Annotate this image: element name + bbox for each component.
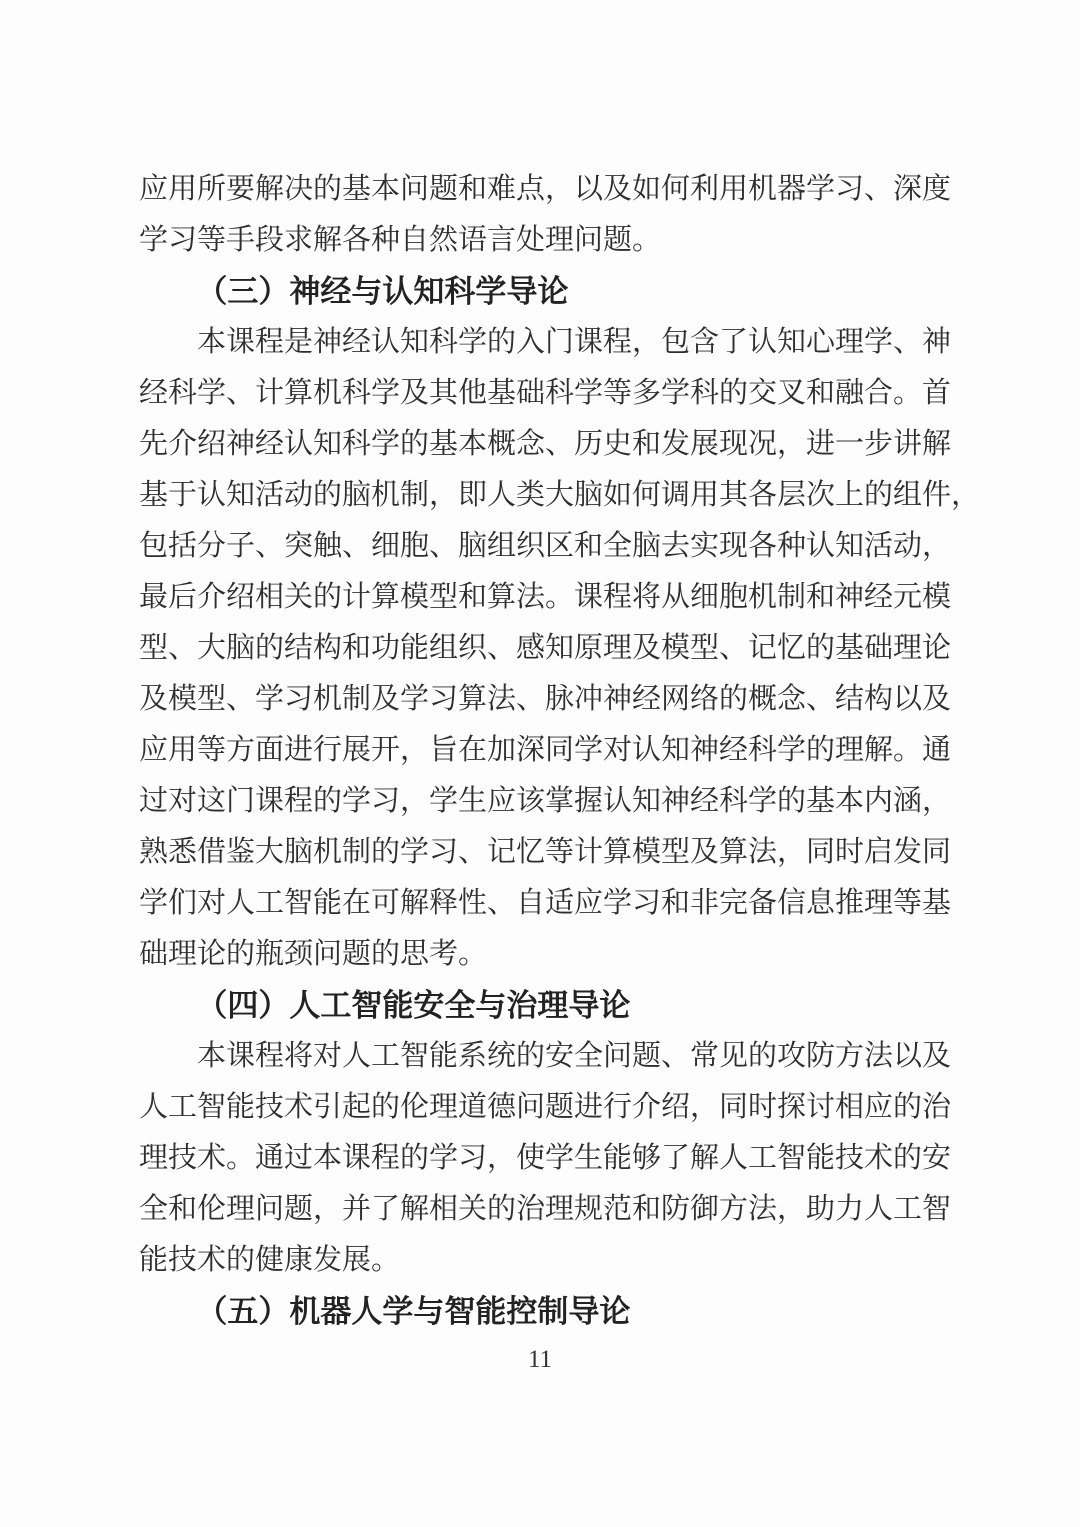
text-line: 经科学、计算机科学及其他基础科学等多学科的交叉和融合。首 [139,368,954,419]
text-line: 及模型、学习机制及学习算法、脉冲神经网络的概念、结构以及 [139,674,954,725]
text-line: 过对这门课程的学习，学生应该掌握认知神经科学的基本内涵， [139,776,954,827]
text-line: 应用所要解决的基本问题和难点，以及如何利用机器学习、深度 [139,164,954,215]
text-line: 全和伦理问题，并了解相关的治理规范和防御方法，助力人工智 [139,1184,954,1235]
section-heading-3: （三）神经与认知科学导论 [139,266,954,317]
text-line: 应用等方面进行展开，旨在加深同学对认知神经科学的理解。通 [139,725,954,776]
text-line: 本课程将对人工智能系统的安全问题、常见的攻防方法以及 [139,1031,954,1082]
text-line: 础理论的瓶颈问题的思考。 [139,929,954,980]
section-heading-5: （五）机器人学与智能控制导论 [139,1286,954,1337]
text-line: 学习等手段求解各种自然语言处理问题。 [139,215,954,266]
text-line: 能技术的健康发展。 [139,1235,954,1286]
scanned-page: 应用所要解决的基本问题和难点，以及如何利用机器学习、深度 学习等手段求解各种自然… [0,0,1080,1527]
text-line: 基于认知活动的脑机制，即人类大脑如何调用其各层次上的组件， [139,470,954,521]
text-block: 应用所要解决的基本问题和难点，以及如何利用机器学习、深度 学习等手段求解各种自然… [139,164,954,1337]
section-heading-4: （四）人工智能安全与治理导论 [139,980,954,1031]
page-number: 11 [0,1340,1080,1380]
text-line: 最后介绍相关的计算模型和算法。课程将从细胞机制和神经元模 [139,572,954,623]
text-line: 先介绍神经认知科学的基本概念、历史和发展现况，进一步讲解 [139,419,954,470]
text-line: 理技术。通过本课程的学习，使学生能够了解人工智能技术的安 [139,1133,954,1184]
text-line: 熟悉借鉴大脑机制的学习、记忆等计算模型及算法，同时启发同 [139,827,954,878]
text-line: 型、大脑的结构和功能组织、感知原理及模型、记忆的基础理论 [139,623,954,674]
document-page: { "doc": { "lines": [ { "style": "body",… [0,0,1080,1527]
text-line: 本课程是神经认知科学的入门课程，包含了认知心理学、神 [139,317,954,368]
text-line: 人工智能技术引起的伦理道德问题进行介绍，同时探讨相应的治 [139,1082,954,1133]
text-line: 学们对人工智能在可解释性、自适应学习和非完备信息推理等基 [139,878,954,929]
text-line: 包括分子、突触、细胞、脑组织区和全脑去实现各种认知活动， [139,521,954,572]
